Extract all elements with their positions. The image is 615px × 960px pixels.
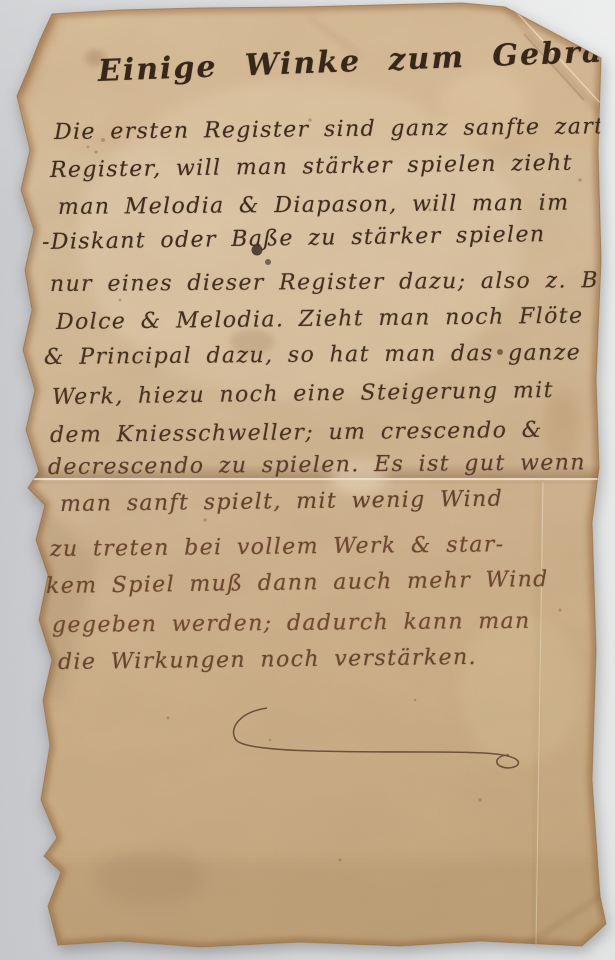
manuscript-text: Einige Winke zum Gebrauch. Die ersten Re… — [0, 0, 615, 960]
handwriting-line: Werk, hiezu noch eine Steigerung mit — [52, 378, 554, 410]
handwriting-line: decrescendo zu spielen. Es ist gut wenn — [48, 450, 586, 480]
manuscript-title: Einige Winke zum Gebrauch. — [97, 32, 615, 89]
photograph-background: Einige Winke zum Gebrauch. Die ersten Re… — [0, 0, 615, 960]
handwriting-line: Dolce & Melodia. Zieht man noch Flöte — [56, 304, 584, 335]
handwriting-line: die Wirkungen noch verstärken. — [58, 645, 477, 675]
handwriting-line: nur eines dieser Register dazu; also z. … — [50, 268, 607, 297]
handwriting-line: & Principal dazu, so hat man das ganze — [44, 340, 581, 370]
handwriting-line: man Melodia & Diapason, will man im — [58, 191, 570, 220]
handwriting-line: -Diskant oder Baße zu stärker spielen — [42, 222, 546, 255]
handwriting-line: gegeben werden; dadurch kann man — [52, 609, 531, 638]
handwriting-line: zu treten bei vollem Werk & star- — [50, 532, 505, 562]
handwriting-line: Register, will man stärker spielen zieht — [50, 151, 573, 183]
handwriting-line: man sanft spielt, mit wenig Wind — [60, 487, 503, 517]
handwriting-line: dem Kniesschweller; um crescendo & — [50, 418, 543, 448]
handwriting-line: kem Spiel muß dann auch mehr Wind — [46, 567, 549, 599]
handwriting-line: Die ersten Register sind ganz sanfte zar… — [54, 114, 615, 145]
